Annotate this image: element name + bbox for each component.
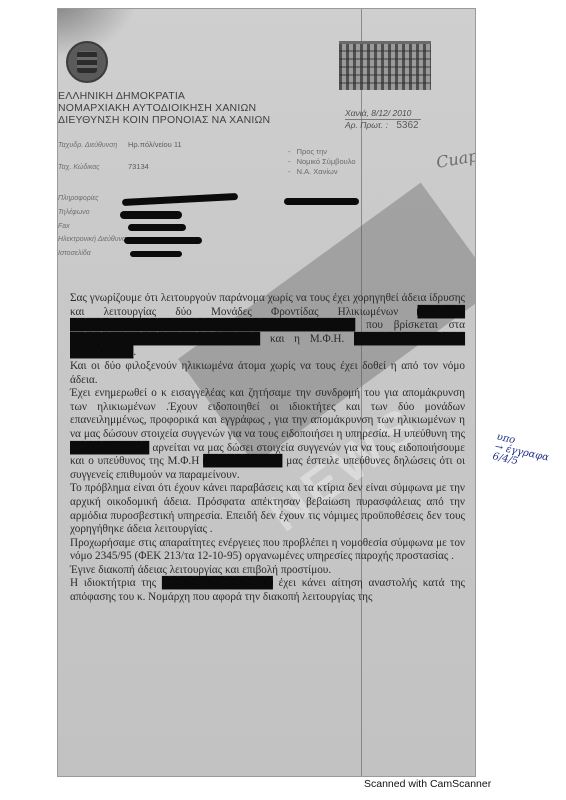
redaction-mark <box>122 193 238 206</box>
protocol-number: 5362 <box>396 120 418 131</box>
handwritten-margin-note: υπο → έγγραφα 6/4/5 <box>491 433 551 474</box>
meta-address: Ταχυδρ. Διεύθυνση Ηρ.πόλ/νείου 11 <box>58 140 182 149</box>
redaction-mark: ██████████ <box>70 442 149 454</box>
protocol-label: Αρ. Πρωτ. : <box>345 120 388 130</box>
body-paragraph: Προχωρήσαμε στις απαραίτητες ενέργειες π… <box>70 537 465 564</box>
meta-fax: Fax <box>58 223 126 230</box>
redaction-mark: ██████████████ <box>162 577 273 589</box>
meta-info: Πληροφορίες <box>58 195 126 202</box>
redaction-mark: ████████████████████████ <box>70 333 260 345</box>
meta-postal-code: Ταχ. Κώδικας 73134 <box>58 162 149 171</box>
redaction-mark <box>124 237 202 244</box>
handwritten-signature: Cuapi <box>435 145 476 172</box>
camscanner-label: Scanned with CamScanner <box>364 778 491 790</box>
redaction-mark <box>284 198 359 205</box>
org-line: ΔΙΕΥΘΥΝΣΗ ΚΟΙΝ ΠΡΟΝΟΙΑΣ ΝΑ ΧΑΝΙΩΝ <box>58 114 270 126</box>
letter-body: Σας γνωρίζουμε ότι λειτουργούν παράνομα … <box>70 292 465 605</box>
redaction-mark: ██████████████ <box>354 333 465 345</box>
meta-phone: Τηλέφωνο <box>58 209 126 216</box>
body-paragraph: Η ιδιοκτήτρια της ██████████████ έχει κά… <box>70 577 465 604</box>
redaction-mark <box>120 211 182 219</box>
org-line: ΝΟΜΑΡΧΙΑΚΗ ΑΥΤΟΔΙΟΙΚΗΣΗ ΧΑΝΙΩΝ <box>58 102 270 114</box>
greek-emblem-icon <box>66 41 108 83</box>
redaction-mark <box>128 224 186 231</box>
body-paragraph: Και οι δύο φιλοξενούν ηλικιωμένα άτομα χ… <box>70 360 465 387</box>
body-paragraph: Έχει ενημερωθεί ο κ εισαγγελέας και ζητή… <box>70 387 465 482</box>
recipient-block: Προς την Νομικό Σύμβουλο Ν.Α. Χανίων <box>288 147 356 177</box>
meta-website: Ιστοσελίδα <box>58 250 126 257</box>
recipient-line: Νομικό Σύμβουλο <box>288 157 356 167</box>
scanned-document-page: ΕΛΛΗΝΙΚΗ ΔΗΜΟΚΡΑΤΙΑ ΝΟΜΑΡΧΙΑΚΗ ΑΥΤΟΔΙΟΙΚ… <box>57 8 476 777</box>
redaction-mark: ██████ <box>417 306 465 318</box>
redaction-mark: ████████████████████████████████████ <box>70 319 355 331</box>
prefecture-building-image <box>339 41 431 90</box>
redaction-mark <box>130 251 182 257</box>
body-paragraph: Το πρόβλημα είναι ότι έχουν κάνει παραβά… <box>70 482 465 536</box>
date-protocol-block: Χανιά, 8/12/ 2010 Αρ. Πρωτ. : 5362 <box>345 108 421 131</box>
recipient-line: Προς την <box>288 147 356 157</box>
organization-header: ΕΛΛΗΝΙΚΗ ΔΗΜΟΚΡΑΤΙΑ ΝΟΜΑΡΧΙΑΚΗ ΑΥΤΟΔΙΟΙΚ… <box>58 90 270 126</box>
redaction-mark: ████████ <box>70 346 133 358</box>
document-date: Χανιά, 8/12/ 2010 <box>345 108 421 120</box>
meta-email: Ηλεκτρονική Διεύθυνση <box>58 236 126 243</box>
body-paragraph: Έγινε διακοπή άδειας λειτουργίας και επι… <box>70 564 465 578</box>
org-line: ΕΛΛΗΝΙΚΗ ΔΗΜΟΚΡΑΤΙΑ <box>58 90 270 102</box>
body-paragraph: Σας γνωρίζουμε ότι λειτουργούν παράνομα … <box>70 292 465 360</box>
redaction-mark: ██████████ <box>203 455 282 467</box>
recipient-line: Ν.Α. Χανίων <box>288 167 356 177</box>
